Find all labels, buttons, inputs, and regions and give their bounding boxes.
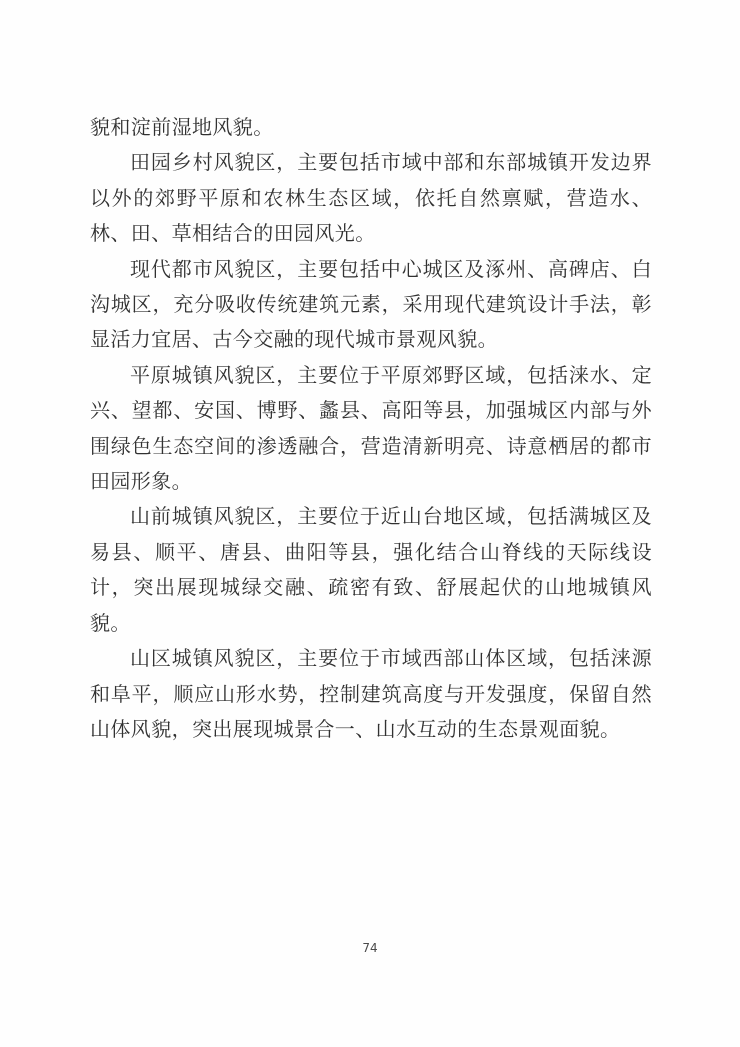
paragraph: 现代都市风貌区，主要包括中心城区及涿州、高碑店、白沟城区，充分吸收传统建筑元素，… (90, 252, 652, 358)
paragraph: 山前城镇风貌区，主要位于近山台地区域，包括满城区及易县、顺平、唐县、曲阳等县，强… (90, 499, 652, 641)
paragraph: 平原城镇风貌区，主要位于平原郊野区域，包括涞水、定兴、望都、安国、博野、蠡县、高… (90, 358, 652, 500)
paragraph: 山区城镇风貌区，主要位于市域西部山体区域，包括涞源和阜平，顺应山形水势，控制建筑… (90, 641, 652, 747)
page-number: 74 (0, 941, 740, 955)
paragraph: 田园乡村风貌区，主要包括市域中部和东部城镇开发边界以外的郊野平原和农林生态区域，… (90, 145, 652, 251)
document-page: 貌和淀前湿地风貌。田园乡村风貌区，主要包括市域中部和东部城镇开发边界以外的郊野平… (0, 0, 740, 1047)
paragraph: 貌和淀前湿地风貌。 (90, 110, 652, 145)
document-body: 貌和淀前湿地风貌。田园乡村风貌区，主要包括市域中部和东部城镇开发边界以外的郊野平… (90, 110, 652, 747)
